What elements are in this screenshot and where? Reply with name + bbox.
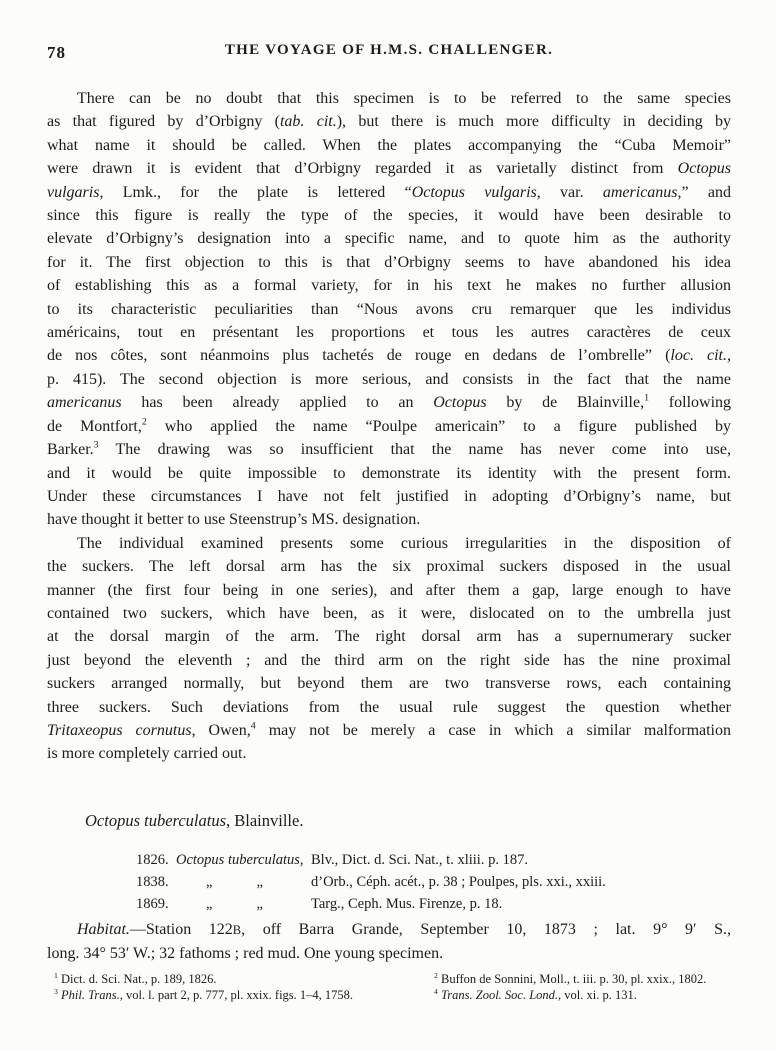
text-line: and it would be quite impossible to demo… xyxy=(47,462,731,485)
ditto-mark: „ xyxy=(256,896,262,912)
scanned-book-page: 78 THE VOYAGE OF H.M.S. CHALLENGER. Ther… xyxy=(0,0,776,1050)
ditto-marks: „„ xyxy=(176,871,311,893)
synonymy-year: 1869. xyxy=(136,893,176,915)
synonymy-entry-1869: 1869. „„ Targ., Ceph. Mus. Firenze, p. 1… xyxy=(136,893,731,915)
text-line: at the dorsal margin of the arm. The rig… xyxy=(47,625,731,648)
text-line: p. 415). The second objection is more se… xyxy=(47,368,731,391)
text-line: the suckers. The left dorsal arm has the… xyxy=(47,555,731,578)
footnote-3: 3 Phil. Trans., vol. l. part 2, p. 777, … xyxy=(54,987,434,1004)
paragraph-naming-discussion: There can be no doubt that this specimen… xyxy=(47,87,731,532)
text-line: Under these circumstances I have not fel… xyxy=(47,485,731,508)
synonymy-reference: Targ., Ceph. Mus. Firenze, p. 18. xyxy=(311,893,731,915)
text-line: The individual examined presents some cu… xyxy=(47,532,731,555)
text-line: as that figured by d’Orbigny (tab. cit.)… xyxy=(47,110,731,133)
footnote-2: 2 Buffon de Sonnini, Moll., t. iii. p. 3… xyxy=(434,971,746,988)
ditto-mark: „ xyxy=(206,896,212,912)
text-line: just beyond the eleventh ; and the third… xyxy=(47,649,731,672)
running-title: THE VOYAGE OF H.M.S. CHALLENGER. xyxy=(47,42,731,59)
footnote-1: 1 Dict. d. Sci. Nat., p. 189, 1826. xyxy=(54,971,434,988)
habitat-paragraph: Habitat.—Station 122B, off Barra Grande,… xyxy=(47,918,731,966)
text-line: There can be no doubt that this specimen… xyxy=(47,87,731,110)
text-line: américains, tout en présentant les propo… xyxy=(47,321,731,344)
paragraph-sucker-irregularities: The individual examined presents some cu… xyxy=(47,532,731,766)
text-line: to its characteristic peculiarities than… xyxy=(47,298,731,321)
ditto-mark: „ xyxy=(256,874,262,890)
text-line: de Montfort,2 who applied the name “Poul… xyxy=(47,415,731,438)
text-line: what name it should be called. When the … xyxy=(47,134,731,157)
text-line: suckers arranged normally, but beyond th… xyxy=(47,672,731,695)
synonymy-list: 1826. Octopus tuberculatus, Blv., Dict. … xyxy=(136,849,731,915)
text-line: for it. The first objection to this is t… xyxy=(47,251,731,274)
text-line: manner (the first four being in one seri… xyxy=(47,579,731,602)
text-line: Habitat.—Station 122B, off Barra Grande,… xyxy=(47,918,731,942)
synonymy-year: 1826. xyxy=(136,849,176,871)
ditto-marks: „„ xyxy=(176,893,311,915)
main-text: There can be no doubt that this specimen… xyxy=(47,87,731,766)
footnote-4: 4 Trans. Zool. Soc. Lond., vol. xi. p. 1… xyxy=(434,987,746,1004)
text-line: americanus has been already applied to a… xyxy=(47,391,731,414)
text-line: of establishing this as a formal variety… xyxy=(47,274,731,297)
text-line: contained two suckers, which have been, … xyxy=(47,602,731,625)
synonymy-species-name: Octopus tuberculatus, xyxy=(176,849,311,871)
text-line: long. 34° 53′ W.; 32 fathoms ; red mud. … xyxy=(47,942,731,965)
ditto-mark: „ xyxy=(206,874,212,890)
synonymy-entry-1838: 1838. „„ d’Orb., Céph. acét., p. 38 ; Po… xyxy=(136,871,731,893)
synonymy-entry-1826: 1826. Octopus tuberculatus, Blv., Dict. … xyxy=(136,849,731,871)
text-line: have thought it better to use Steenstrup… xyxy=(47,508,731,531)
text-line: vulgaris, Lmk., for the plate is lettere… xyxy=(47,181,731,204)
text-line: since this figure is really the type of … xyxy=(47,204,731,227)
text-line: Tritaxeopus cornutus, Owen,4 may not be … xyxy=(47,719,731,742)
text-line: three suckers. Such deviations from the … xyxy=(47,696,731,719)
synonymy-reference: d’Orb., Céph. acét., p. 38 ; Poulpes, pl… xyxy=(311,871,731,893)
text-line: Barker.3 The drawing was so insufficient… xyxy=(47,438,731,461)
text-line: is more completely carried out. xyxy=(47,742,731,765)
footnotes: 1 Dict. d. Sci. Nat., p. 189, 1826. 2 Bu… xyxy=(54,971,746,1004)
synonymy-reference: Blv., Dict. d. Sci. Nat., t. xliii. p. 1… xyxy=(311,849,731,871)
text-line: elevate d’Orbigny’s designation into a s… xyxy=(47,227,731,250)
page-header: 78 THE VOYAGE OF H.M.S. CHALLENGER. xyxy=(47,42,731,62)
text-line: de nos côtes, sont néanmoins plus tachet… xyxy=(47,344,731,367)
species-heading: Octopus tuberculatus, Blainville. xyxy=(85,810,731,832)
text-line: were drawn it is evident that d’Orbigny … xyxy=(47,157,731,180)
page-number: 78 xyxy=(47,43,66,63)
synonymy-year: 1838. xyxy=(136,871,176,893)
